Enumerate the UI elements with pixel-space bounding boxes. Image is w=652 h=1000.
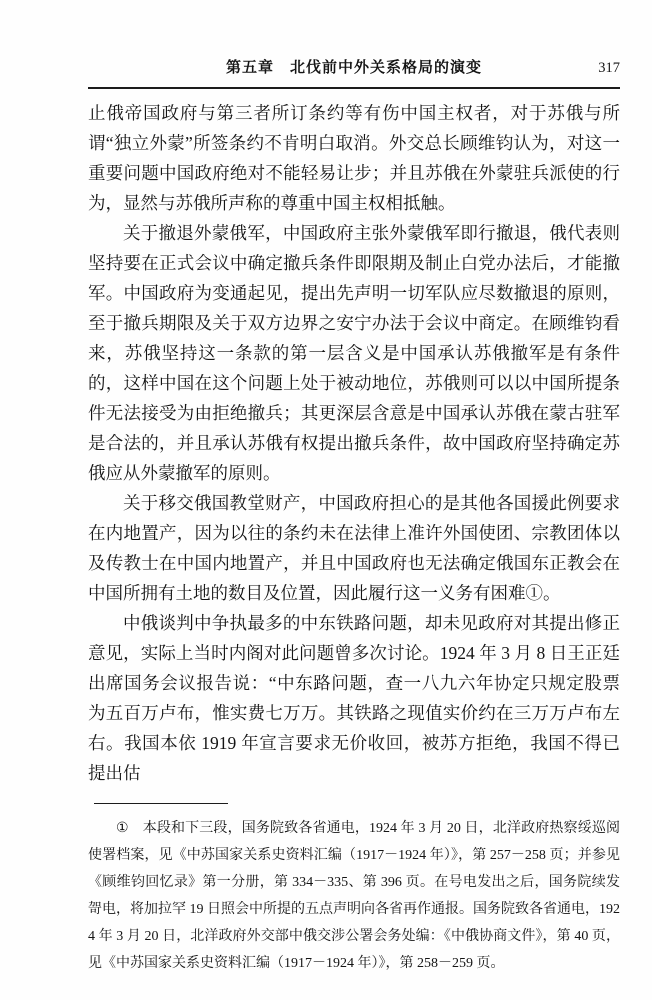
paragraph-continuation: 止俄帝国政府与第三者所订条约等有伤中国主权者，对于苏俄与所谓“独立外蒙”所签条约… (88, 98, 620, 218)
paragraph-church-property: 关于移交俄国教堂财产，中国政府担心的是其他各国援此例要求在内地置产，因为以往的条… (88, 488, 620, 608)
footnote-separator (94, 803, 228, 804)
body-text: 止俄帝国政府与第三者所订条约等有伤中国主权者，对于苏俄与所谓“独立外蒙”所签条约… (88, 98, 620, 788)
page-number: 317 (598, 54, 620, 82)
chapter-title: 第五章 北伐前中外关系格局的演变 (88, 54, 620, 82)
book-page: 第五章 北伐前中外关系格局的演变 317 止俄帝国政府与第三者所订条约等有伤中国… (0, 0, 652, 1000)
footnote-block: ①本段和下三段，国务院致各省通电，1924 年 3 月 20 日，北洋政府热察绥… (88, 815, 620, 977)
running-head: 第五章 北伐前中外关系格局的演变 317 (88, 54, 620, 82)
header-rule (88, 87, 620, 89)
footnote-text: 本段和下三段，国务院致各省通电，1924 年 3 月 20 日，北洋政府热察绥巡… (88, 821, 620, 971)
footnote-1: ①本段和下三段，国务院致各省通电，1924 年 3 月 20 日，北洋政府热察绥… (88, 815, 620, 977)
footnote-marker: ① (116, 821, 129, 836)
paragraph-mongolia-troops: 关于撤退外蒙俄军，中国政府主张外蒙俄军即行撤退，俄代表则坚持要在正式会议中确定撤… (88, 218, 620, 488)
paragraph-cer-railway: 中俄谈判中争执最多的中东铁路问题，却未见政府对其提出修正意见，实际上当时内阁对此… (88, 608, 620, 788)
text-block: 第五章 北伐前中外关系格局的演变 317 止俄帝国政府与第三者所订条约等有伤中国… (88, 54, 620, 977)
